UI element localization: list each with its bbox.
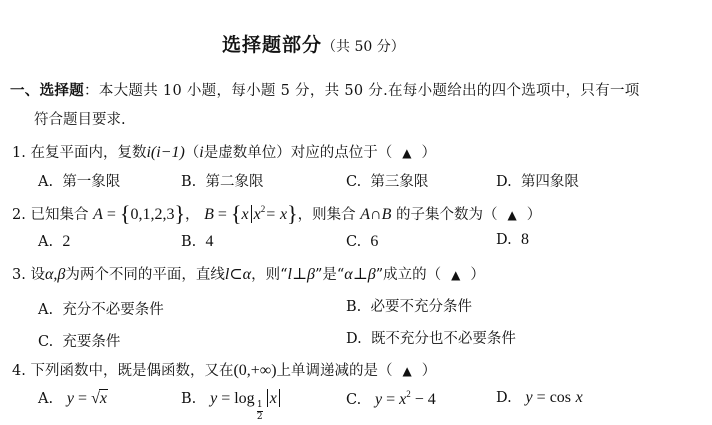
section-number: 一、 — [10, 83, 40, 99]
question-1-option-c: C. 第三象限 — [346, 170, 428, 191]
answer-blank-triangle-icon: ▲ — [403, 364, 412, 378]
answer-blank-triangle-icon: ▲ — [508, 208, 517, 222]
interval-expression: (0,+∞) — [233, 362, 276, 379]
question-4-stem: 4. 下列函数中，既是偶函数，又在(0,+∞)上单调递减的是（▲） — [12, 359, 436, 380]
question-1-option-a: A. 第一象限 — [38, 170, 120, 191]
section-label: 选择题 — [40, 83, 84, 99]
question-number: 1. — [12, 145, 26, 161]
question-number: 2. — [12, 207, 26, 223]
question-3-option-d: D. 既不充分也不必要条件 — [346, 327, 516, 348]
question-3-option-b: B. 必要不充分条件 — [346, 295, 472, 316]
question-3-option-a: A. 充分不必要条件 — [38, 298, 164, 319]
question-4-option-d: D. y = cos x — [496, 389, 583, 407]
question-1-stem: 1. 在复平面内，复数i(i−1)（i是虚数单位）对应的点位于（▲） — [12, 141, 436, 162]
section-instructions-line1: 一、选择题：本大题共 10 小题，每小题 5 分，共 50 分.在每小题给出的四… — [10, 79, 640, 100]
section-title-points: （共 50 分） — [322, 39, 405, 55]
intersection-expression: A∩B — [360, 206, 391, 223]
question-2-stem: 2. 已知集合 A = {0,1,2,3}， B = {xx2= x}，则集合 … — [12, 201, 541, 227]
math-expression: i(i−1) — [146, 144, 184, 161]
question-4-option-a: A. y = √x — [38, 389, 108, 408]
section-title-main: 选择题部分 — [222, 34, 322, 56]
section-title: 选择题部分（共 50 分） — [222, 30, 405, 57]
log-base-fraction: 12 — [257, 401, 263, 422]
question-2-option-d: D. 8 — [496, 231, 529, 249]
question-number: 3. — [12, 267, 26, 283]
question-1-option-d: D. 第四象限 — [496, 170, 579, 191]
question-number: 4. — [12, 363, 26, 379]
section-instructions-line2: 符合题目要求. — [34, 108, 126, 129]
question-2-option-a: A. 2 — [38, 233, 70, 251]
question-3-stem: 3. 设α,β为两个不同的平面，直线l⊂α，则“l⊥β”是“α⊥β”成立的（▲） — [12, 263, 485, 284]
question-2-option-c: C. 6 — [346, 233, 378, 251]
section-description: ：本大题共 10 小题，每小题 5 分，共 50 分.在每小题给出的四个选项中，… — [84, 83, 640, 99]
question-1-option-b: B. 第二象限 — [181, 170, 263, 191]
question-4-option-c: C. y = x2 − 4 — [346, 389, 436, 409]
answer-blank-triangle-icon: ▲ — [451, 268, 460, 282]
answer-blank-triangle-icon: ▲ — [402, 146, 411, 160]
question-4-option-b: B. y = log12x — [181, 389, 282, 422]
question-2-option-b: B. 4 — [181, 233, 213, 251]
question-3-option-c: C. 充要条件 — [38, 330, 120, 351]
